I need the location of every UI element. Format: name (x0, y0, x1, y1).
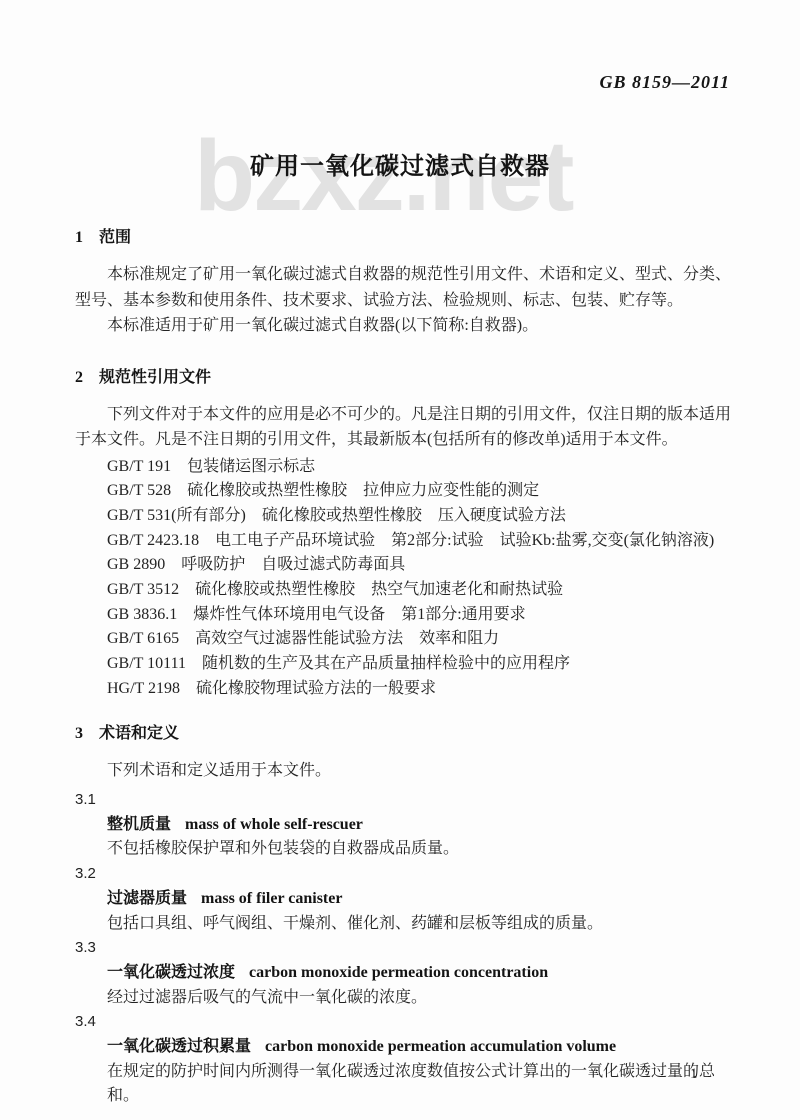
term-block-3-1: 3.1 整机质量mass of whole self-rescuer 不包括橡胶… (75, 788, 731, 862)
reference-item: GB/T 191 包装储运图示标志 (107, 455, 731, 480)
normative-references-list: GB/T 191 包装储运图示标志 GB/T 528 硫化橡胶或热塑性橡胶 拉伸… (75, 455, 731, 702)
term-block-3-4: 3.4 一氧化碳透过积累量carbon monoxide permeation … (75, 1010, 731, 1109)
term-number: 3.2 (75, 862, 731, 887)
term-english: carbon monoxide permeation concentration (249, 964, 548, 981)
term-english: mass of filer canister (201, 890, 342, 907)
references-intro: 下列文件对于本文件的应用是必不可少的。凡是注日期的引用文件，仅注日期的版本适用于… (75, 402, 731, 453)
term-number: 3.4 (75, 1010, 731, 1035)
term-chinese: 整机质量 (107, 816, 171, 833)
term-definition: 不包括橡胶保护罩和外包装袋的自救器成品质量。 (75, 837, 731, 862)
reference-item: GB/T 531(所有部分) 硫化橡胶或热塑性橡胶 压入硬度试验方法 (107, 504, 731, 529)
term-number: 3.3 (75, 936, 731, 961)
term-block-3-2: 3.2 过滤器质量mass of filer canister 包括口具组、呼气… (75, 862, 731, 936)
term-number: 3.1 (75, 788, 731, 813)
section-3-heading: 3术语和定义 (75, 721, 731, 746)
section-1-heading: 1范围 (75, 225, 731, 250)
reference-item: GB/T 6165 高效空气过滤器性能试验方法 效率和阻力 (107, 627, 731, 652)
reference-item: GB/T 3512 硫化橡胶或热塑性橡胶 热空气加速老化和耐热试验 (107, 578, 731, 603)
term-chinese: 一氧化碳透过积累量 (107, 1038, 251, 1055)
term-english: mass of whole self-rescuer (185, 816, 363, 833)
reference-item: GB/T 2423.18 电工电子产品环境试验 第2部分:试验 试验Kb:盐雾,… (107, 529, 731, 554)
section-2-heading: 2规范性引用文件 (75, 365, 731, 390)
document-title: 矿用一氧化碳过滤式自救器 (0, 146, 800, 181)
scope-paragraph-1: 本标准规定了矿用一氧化碳过滤式自救器的规范性引用文件、术语和定义、型式、分类、型… (75, 262, 731, 313)
term-english: carbon monoxide permeation accumulation … (265, 1038, 616, 1055)
term-chinese: 一氧化碳透过浓度 (107, 964, 235, 981)
page-number: 1 (690, 1066, 698, 1083)
reference-item: HG/T 2198 硫化橡胶物理试验方法的一般要求 (107, 677, 731, 702)
term-title: 一氧化碳透过浓度carbon monoxide permeation conce… (75, 961, 731, 986)
section-2-title: 规范性引用文件 (99, 369, 211, 386)
reference-item: GB/T 528 硫化橡胶或热塑性橡胶 拉伸应力应变性能的测定 (107, 479, 731, 504)
section-1-number: 1 (75, 229, 83, 246)
section-1-title: 范围 (99, 229, 131, 246)
section-3-number: 3 (75, 725, 83, 742)
reference-item: GB/T 10111 随机数的生产及其在产品质量抽样检验中的应用程序 (107, 652, 731, 677)
section-3-title: 术语和定义 (99, 725, 179, 742)
term-block-3-3: 3.3 一氧化碳透过浓度carbon monoxide permeation c… (75, 936, 731, 1010)
term-title: 整机质量mass of whole self-rescuer (75, 813, 731, 838)
term-definition: 经过过滤器后吸气的气流中一氧化碳的浓度。 (75, 986, 731, 1011)
scope-paragraph-2: 本标准适用于矿用一氧化碳过滤式自救器(以下简称:自救器)。 (75, 313, 731, 339)
term-chinese: 过滤器质量 (107, 890, 187, 907)
terms-intro: 下列术语和定义适用于本文件。 (75, 758, 731, 784)
reference-item: GB 2890 呼吸防护 自吸过滤式防毒面具 (107, 553, 731, 578)
term-title: 过滤器质量mass of filer canister (75, 887, 731, 912)
document-page: bzxz.net GB 8159—2011 矿用一氧化碳过滤式自救器 1范围 本… (0, 0, 800, 1120)
reference-item: GB 3836.1 爆炸性气体环境用电气设备 第1部分:通用要求 (107, 603, 731, 628)
page-content: 1范围 本标准规定了矿用一氧化碳过滤式自救器的规范性引用文件、术语和定义、型式、… (75, 225, 731, 1109)
term-definition: 包括口具组、呼气阀组、干燥剂、催化剂、药罐和层板等组成的质量。 (75, 912, 731, 937)
term-title: 一氧化碳透过积累量carbon monoxide permeation accu… (75, 1035, 731, 1060)
standard-number: GB 8159—2011 (599, 72, 730, 93)
term-definition: 在规定的防护时间内所测得一氧化碳透过浓度数值按公式计算出的一氧化碳透过量的总和。 (75, 1060, 731, 1109)
section-2-number: 2 (75, 369, 83, 386)
